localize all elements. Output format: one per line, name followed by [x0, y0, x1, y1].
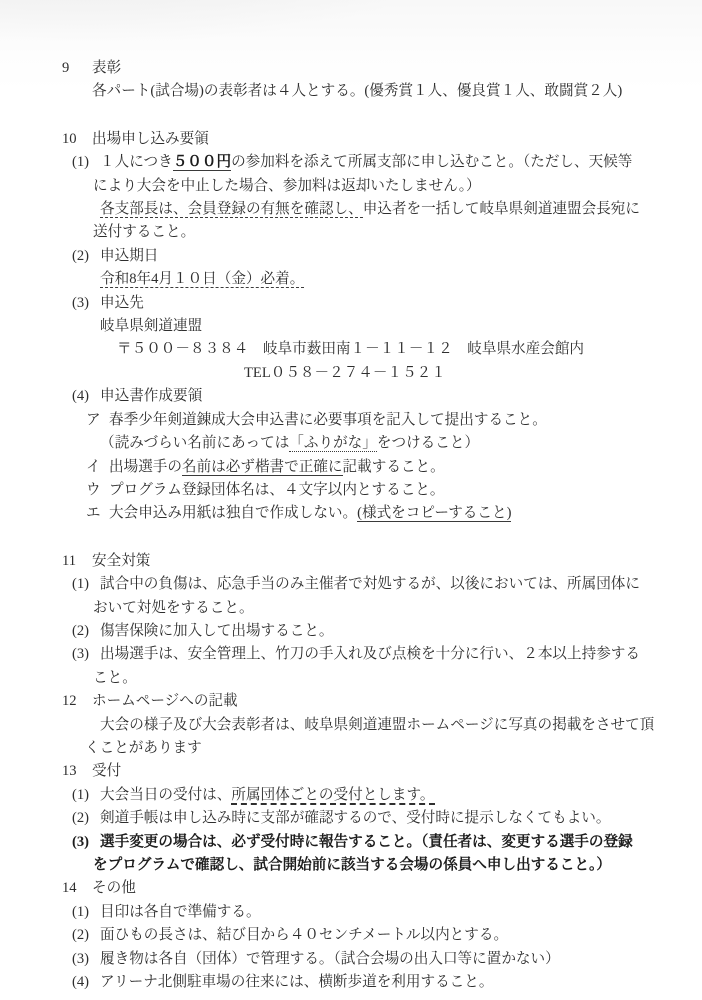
text-segment: 試合中の負傷は、応急手当のみ主催者で対処するが、以後においては、所属団体に [100, 576, 640, 592]
doc-line: (3)出場選手は、安全管理上、竹刀の手入れ及び点検を十分に行い、２本以上持参する [0, 643, 702, 666]
line-marker: イ [86, 456, 109, 479]
doc-line: (1)１人につき５００円の参加料を添えて所属支部に申し込むこと。（ただし、天候等 [0, 151, 702, 174]
doc-line: 12ホームページへの記載 [0, 690, 702, 713]
text-segment: おいて対処をすること。 [93, 600, 254, 616]
text-segment: 春季少年剣道錬成大会申込書に必要事項を記入して提出すること。 [109, 412, 547, 428]
text-segment: 岐阜県剣道連盟 [100, 318, 202, 334]
doc-line: (3)申込先 [0, 292, 702, 315]
text-segment: 送付すること。 [93, 224, 195, 240]
doc-line: (3)履き物は各自（団体）で管理する。（試合会場の出入口等に置かない） [0, 948, 702, 971]
line-marker: (1) [72, 784, 100, 807]
line-marker: (3) [72, 292, 100, 315]
doc-line: TEL０５８－２７４－１５２１ [0, 362, 702, 385]
doc-line: エ大会申込み用紙は独自で作成しない。(様式をコピーすること) [0, 502, 702, 525]
text-segment: の参加料を添えて所属支部に申し込むこと。（ただし、天候等 [231, 154, 632, 170]
doc-line: 令和8年4月１０日（金）必着。 [0, 268, 702, 291]
text-segment: 傷害保険に加入して出場すること。 [100, 623, 334, 639]
doc-line: イ出場選手の名前は必ず楷書で正確に記載すること。 [0, 456, 702, 479]
text-segment: １人につき [100, 154, 173, 170]
line-marker: (4) [72, 385, 100, 408]
text-segment: 申込者を一括して岐阜県剣道連盟会長宛に [363, 201, 640, 217]
text-segment: ５００円 [173, 154, 231, 171]
text-segment: 令和8年4月１０日（金）必着。 [100, 271, 304, 288]
line-marker: (2) [72, 807, 100, 830]
doc-line: (4)アリーナ北側駐車場の往来には、横断歩道を利用すること。 [0, 971, 702, 994]
text-segment: アリーナ北側駐車場の往来には、横断歩道を利用すること。 [100, 974, 493, 990]
text-segment: 安全対策 [92, 553, 150, 569]
text-segment: 記載すること。 [343, 459, 445, 475]
line-marker: ア [86, 409, 109, 432]
text-segment: 各パート(試合場)の表彰者は４人とする。(優秀賞１人、優良賞１人、敢闘賞２人) [92, 83, 622, 99]
doc-line: 各支部長は、会員登録の有無を確認し、申込者を一括して岐阜県剣道連盟会長宛に [0, 198, 702, 221]
text-segment: 目印は各自で準備する。 [100, 904, 261, 920]
text-segment: をプログラムで確認し、試合開始前に該当する会場の係員へ申し出すること。） [93, 857, 611, 873]
text-segment: 面ひもの長さは、結び目から４０センチメートル以内とする。 [100, 927, 508, 943]
text-segment: 申込書作成要領 [100, 388, 202, 404]
line-marker: (2) [72, 924, 100, 947]
doc-line: 11安全対策 [0, 550, 702, 573]
text-segment: 出場申し込み要領 [92, 131, 209, 147]
text-segment: 履き物は各自（団体）で管理する。（試合会場の出入口等に置かない） [100, 951, 560, 967]
doc-line: (2)面ひもの長さは、結び目から４０センチメートル以内とする。 [0, 924, 702, 947]
doc-line: ウプログラム登録団体名は、４文字以内とすること。 [0, 479, 702, 502]
text-segment: (様式をコピーすること) [357, 505, 511, 522]
text-segment: 申込先 [100, 295, 144, 311]
text-segment: 各支部長は、会員登録の有無を確認し、 [100, 201, 363, 218]
doc-line: おいて対処をすること。 [0, 597, 702, 620]
line-marker: 13 [62, 760, 92, 783]
doc-line: (2)剣道手帳は申し込み時に支部が確認するので、受付時に提示しなくてもよい。 [0, 807, 702, 830]
line-marker: 11 [62, 550, 92, 573]
text-segment: 〒５００－８３８４ 岐阜市薮田南１－１１－１２ 岐阜県水産会館内 [117, 341, 584, 357]
line-marker: (1) [72, 573, 100, 596]
text-segment: 選手変更の場合は、必ず受付時に報告すること。（責任者は、変更する選手の登録 [100, 834, 633, 850]
text-segment: 出場選手の [109, 459, 182, 475]
text-segment: 申込期日 [100, 248, 158, 264]
doc-line: (1)試合中の負傷は、応急手当のみ主催者で対処するが、以後においては、所属団体に [0, 573, 702, 596]
text-segment: プログラム登録団体名は、４文字以内とすること。 [109, 482, 445, 498]
doc-line: 10出場申し込み要領 [0, 128, 702, 151]
doc-line: こと。 [0, 667, 702, 690]
doc-line: 送付すること。 [0, 221, 702, 244]
text-segment: 所属団体ごとの受付とします。 [231, 787, 434, 805]
doc-line: をプログラムで確認し、試合開始前に該当する会場の係員へ申し出すること。） [0, 854, 702, 877]
text-segment: 大会の様子及び大会表彰者は、岐阜県剣道連盟ホームページに写真の掲載をさせて頂 [100, 717, 654, 733]
text-segment: 出場選手は、安全管理上、竹刀の手入れ及び点検を十分に行い、２本以上持参する [100, 646, 640, 662]
text-segment: （読みづらい名前にあっては [100, 435, 289, 451]
line-marker: 10 [62, 128, 92, 151]
line-marker: 12 [62, 690, 92, 713]
text-segment: TEL０５８－２７４－１５２１ [244, 365, 446, 381]
text-segment: こと。 [93, 670, 137, 686]
text-segment: 「ふりがな」 [289, 435, 377, 452]
doc-line: 岐阜県剣道連盟 [0, 315, 702, 338]
line-marker: (1) [72, 901, 100, 924]
doc-line: 大会の様子及び大会表彰者は、岐阜県剣道連盟ホームページに写真の掲載をさせて頂 [0, 714, 702, 737]
doc-line: 〒５００－８３８４ 岐阜市薮田南１－１１－１２ 岐阜県水産会館内 [0, 338, 702, 361]
doc-line: (1)目印は各自で準備する。 [0, 901, 702, 924]
text-segment: 名前は必ず楷書で正確に [182, 459, 343, 476]
doc-line: 14その他 [0, 877, 702, 900]
text-segment: 受付 [92, 763, 121, 779]
line-marker: 9 [62, 57, 92, 80]
text-segment: をつけること） [377, 435, 479, 451]
line-marker: (4) [72, 971, 100, 994]
doc-line: により大会を中止した場合、参加料は返却いたしません。） [0, 175, 702, 198]
doc-line: (2)申込期日 [0, 245, 702, 268]
text-segment: 大会当日の受付は、 [100, 787, 231, 803]
document-page: 9表彰各パート(試合場)の表彰者は４人とする。(優秀賞１人、優良賞１人、敢闘賞２… [0, 0, 702, 1000]
text-segment: その他 [92, 880, 136, 896]
line-marker: (3) [72, 831, 100, 854]
text-segment: ホームページへの記載 [92, 693, 238, 709]
line-marker: エ [86, 502, 109, 525]
doc-line: (3)選手変更の場合は、必ず受付時に報告すること。（責任者は、変更する選手の登録 [0, 831, 702, 854]
line-marker: (2) [72, 245, 100, 268]
line-marker: 14 [62, 877, 92, 900]
text-segment: により大会を中止した場合、参加料は返却いたしません。） [93, 178, 481, 194]
doc-line: （読みづらい名前にあっては「ふりがな」をつけること） [0, 432, 702, 455]
doc-line: くことがあります [0, 737, 702, 760]
line-marker: (3) [72, 643, 100, 666]
line-marker: (3) [72, 948, 100, 971]
text-segment: 大会申込み用紙は独自で作成しない。 [109, 505, 357, 521]
doc-line: ア春季少年剣道錬成大会申込書に必要事項を記入して提出すること。 [0, 409, 702, 432]
line-marker: ウ [86, 479, 109, 502]
doc-line: 13受付 [0, 760, 702, 783]
doc-line: 9表彰 [0, 57, 702, 80]
text-segment: くことがあります [85, 740, 202, 756]
doc-line: (2)傷害保険に加入して出場すること。 [0, 620, 702, 643]
text-segment: 表彰 [92, 60, 121, 76]
line-marker: (2) [72, 620, 100, 643]
doc-line: 各パート(試合場)の表彰者は４人とする。(優秀賞１人、優良賞１人、敢闘賞２人) [0, 80, 702, 103]
doc-line: (1)大会当日の受付は、所属団体ごとの受付とします。 [0, 784, 702, 807]
text-segment: 剣道手帳は申し込み時に支部が確認するので、受付時に提示しなくてもよい。 [100, 810, 611, 826]
doc-line: (4)申込書作成要領 [0, 385, 702, 408]
line-marker: (1) [72, 151, 100, 174]
